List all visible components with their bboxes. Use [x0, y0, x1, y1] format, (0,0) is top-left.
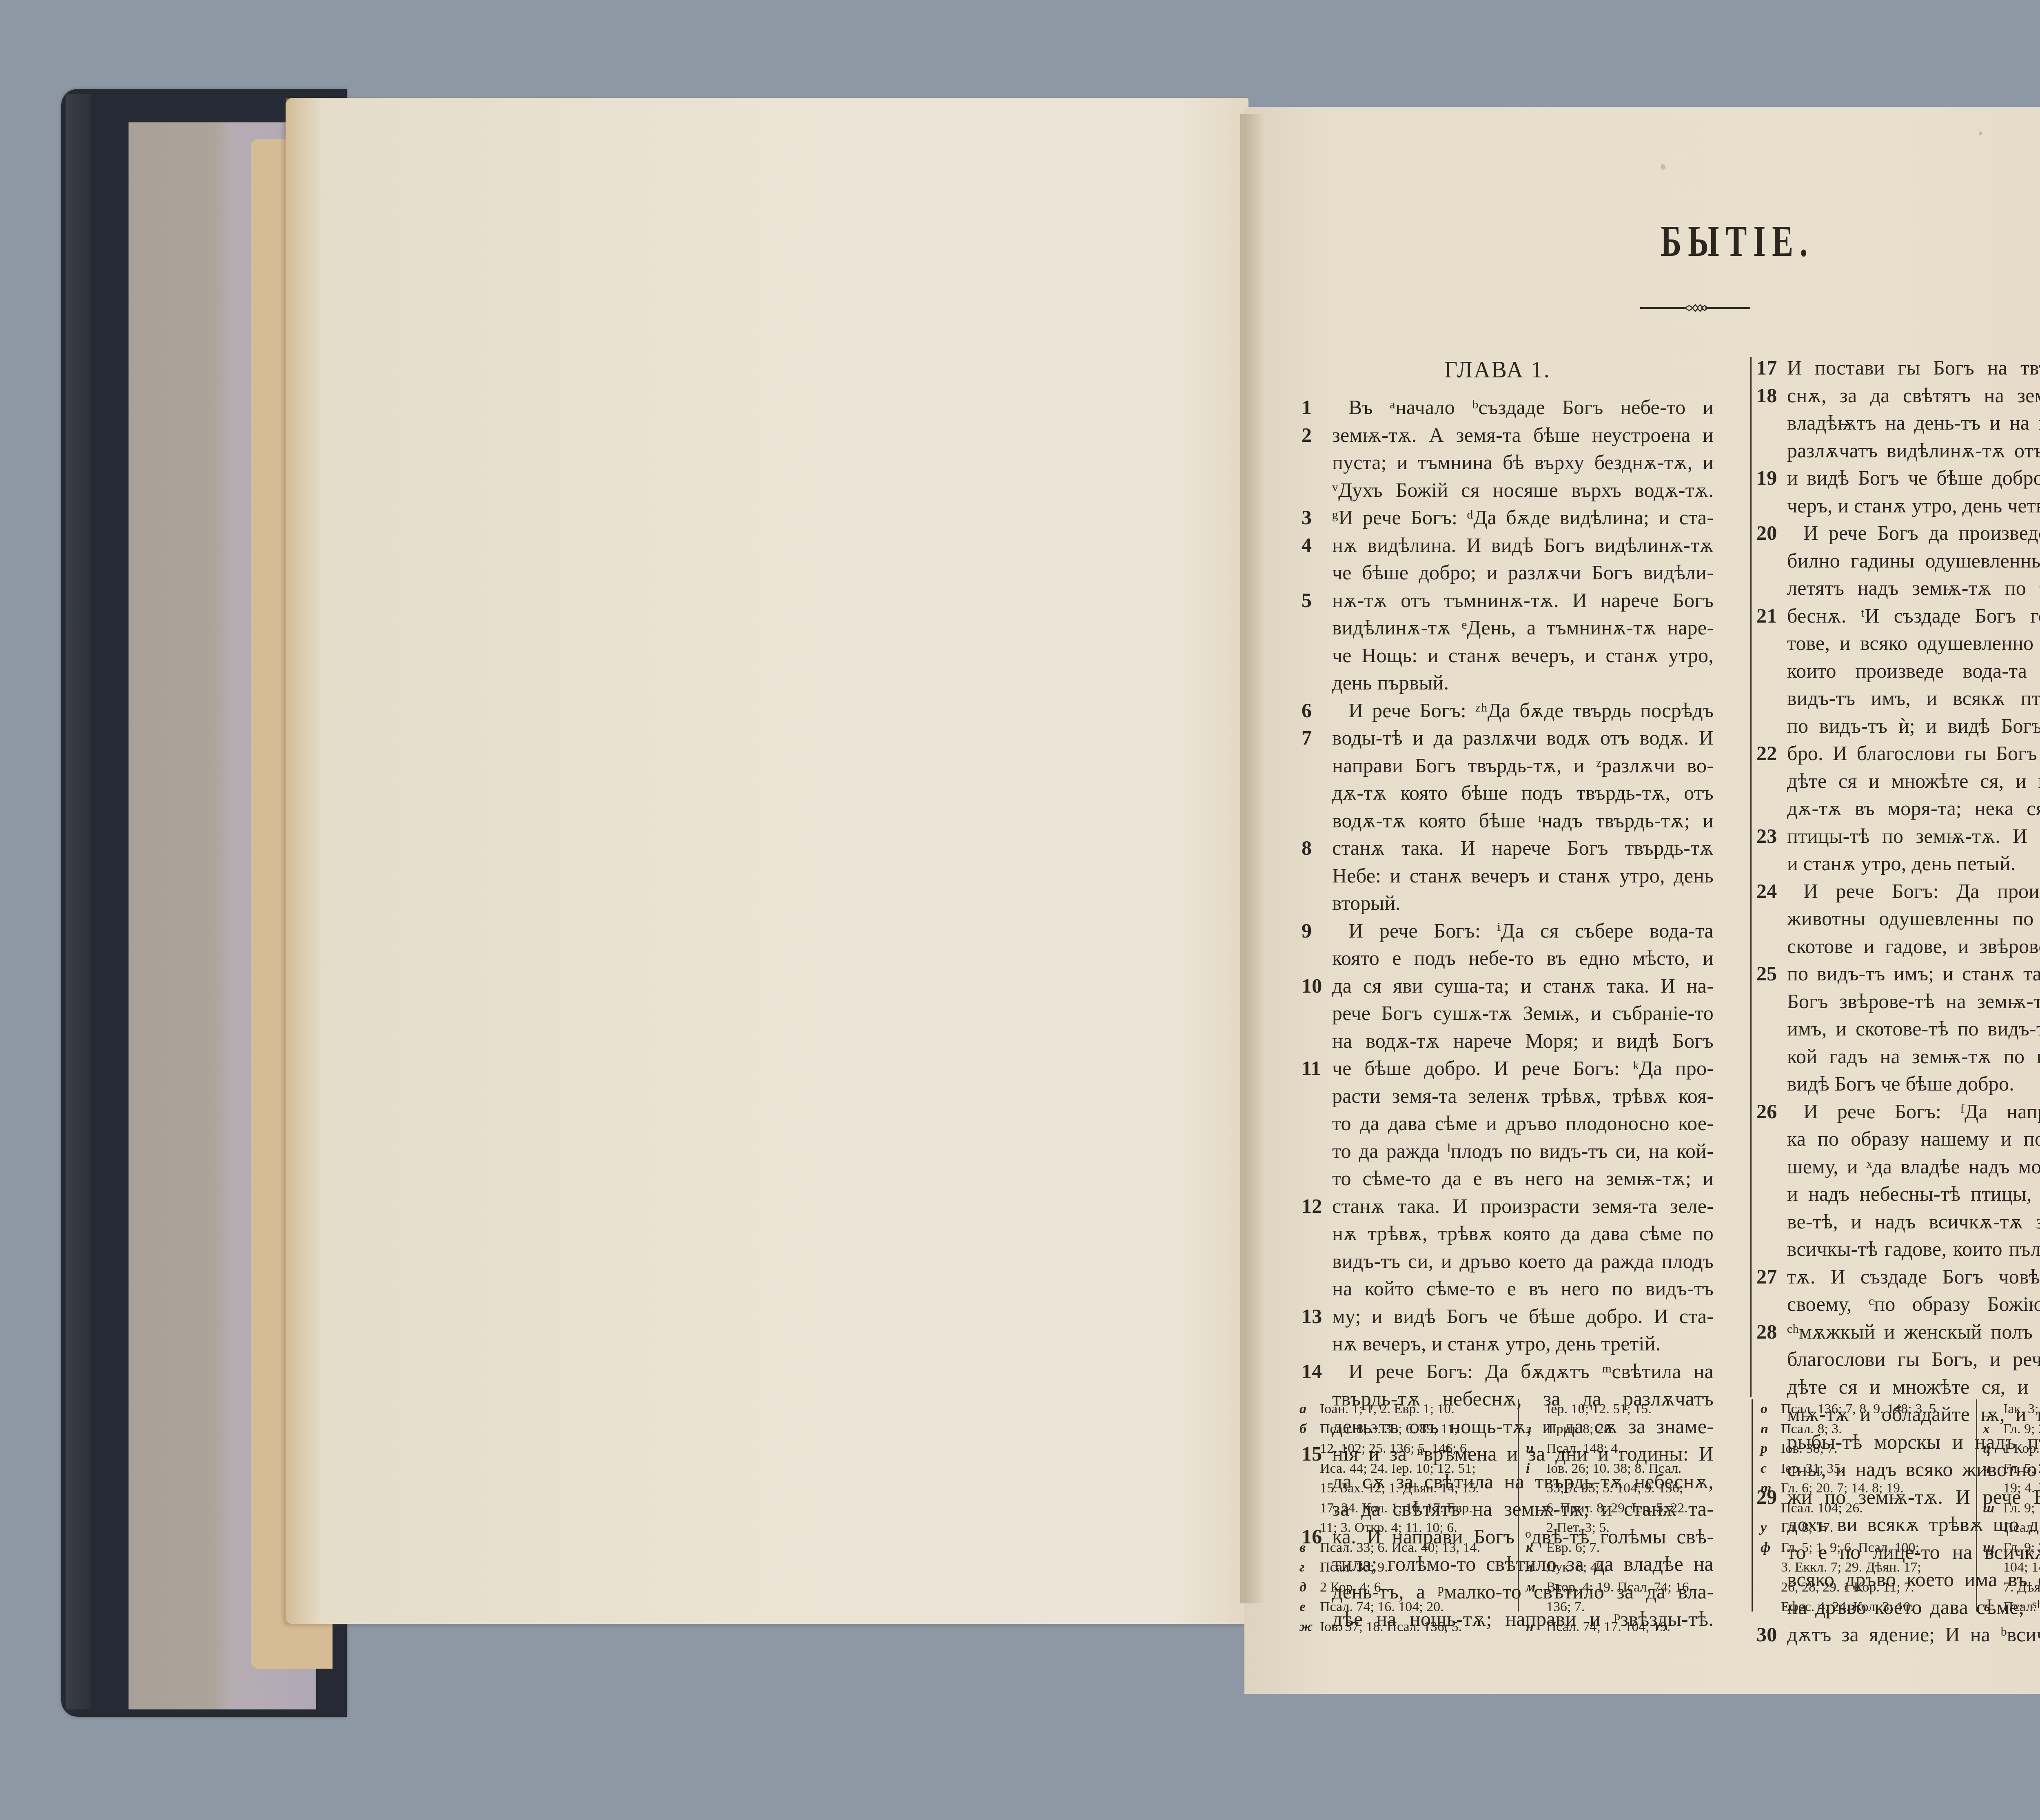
footnotes-column-4: Іак. 3; 9.хГл. 9; 2. Псал. 8; 6.ц1 Кор. …: [1983, 1399, 2040, 1617]
verse-line: то да ражда ˡплодъ по видъ-тъ си, на кой…: [1302, 1137, 1714, 1165]
footnote-text: Псал. 104; 26.: [1781, 1501, 1863, 1516]
verse-text: и видѣ Богъ че бѣше добро. И станѫ ве-: [1787, 466, 2040, 489]
verse-text: беснѫ. ᵗИ създаде Богъ голѣмы-тѣ кы-: [1787, 604, 2040, 627]
footnote-text: Псал. 8; 3.: [1781, 1421, 1842, 1436]
footnote-text: 136; 7.: [1546, 1599, 1585, 1614]
cross-reference: оПсал. 136; 7, 8, 9. 148; 3, 5.: [1761, 1399, 1973, 1419]
verse-line: билно гадины одушевленны, и птицы да: [1756, 547, 2040, 575]
verse-text: видъ-тъ си, и дръво което да ражда плодъ: [1332, 1250, 1714, 1272]
verse-line: летятъ надъ земѭ-тѫ по твърдь-тѫ не-: [1756, 574, 2040, 602]
verse-text: животны одушевленны по видъ-тъ имъ,: [1787, 907, 2040, 930]
cross-reference: жІов. 37; 18. Псал. 136; 5.: [1299, 1617, 1512, 1637]
verse-line: видѣ Богъ че бѣше добро.: [1756, 1070, 2040, 1098]
footnote-text: Псал. 74; 16. 104; 20.: [1320, 1599, 1444, 1614]
verse-text: на водѫ-тѫ нарече Моря; и видѣ Богъ: [1332, 1029, 1714, 1052]
footnote-text: Іак. 3; 9.: [2003, 1401, 2040, 1417]
verse-number: 3: [1302, 504, 1326, 532]
verse-line: благослови гы Богъ, и рече имъ: ˢʰПло-: [1756, 1346, 2040, 1373]
verse-text: разлѫчатъ видѣлинѫ-тѫ отъ тъмнинѫ-тѫ;: [1787, 439, 2040, 462]
verse-text: нѫ-тѫ отъ тъмнинѫ-тѫ. И нарече Богъ: [1332, 589, 1714, 612]
verse-line: видъ-тъ имъ, и всякѫ птицѫ крылатѫ: [1756, 685, 2040, 712]
verse-line: 24И рече Богъ: Да произведе земя-та: [1756, 878, 2040, 905]
footnote-text: Іов. 37; 18. Псал. 136; 5.: [1320, 1619, 1462, 1634]
verse-text: день първый.: [1332, 671, 1449, 694]
footnote-text: 11; 3. Откр. 4; 11. 10; 6.: [1320, 1520, 1457, 1535]
cross-reference: уГл. 8; 17.: [1761, 1518, 1973, 1538]
verse-number: 20: [1756, 519, 1781, 547]
cross-reference: д2 Кор. 4; 6.: [1299, 1578, 1512, 1598]
verse-text: ка по образу нашему и по подобію на-: [1787, 1127, 2040, 1150]
verse-text: всичкы-тѣ гадове, които пълзятъ по земѭ-: [1787, 1237, 2040, 1260]
verse-text: рече Богъ сушѫ-тѫ Земѭ, и събраніе-то: [1332, 1002, 1714, 1024]
verse-line: 18снѫ, за да свѣтятъ на земѭ-тѫ; И ᶜда: [1756, 382, 2040, 410]
footnote-text: 6. Прит. 8; 29. Іер. 5; 22.: [1546, 1501, 1688, 1516]
cross-reference: іІов. 26; 10. 38; 8. Псал.: [1526, 1459, 1746, 1479]
footnote-text: Гл. 5; 1. 9; 6. Псал. 100;: [1781, 1540, 1919, 1555]
verse-line: кой гадъ на земѭ-тѫ по видъ-тъ му; и: [1756, 1043, 2040, 1071]
verse-text: ᵛДухъ Божій ся носяше върхъ водѫ-тѫ.: [1332, 479, 1714, 501]
column-divider: [1750, 357, 1752, 1397]
footnote-text: Гл. 9; 2. Псал. 8; 6.: [2003, 1421, 2040, 1436]
verse-text: пуста; и тъмнина бѣ върху безднѫ-тѫ, и: [1332, 451, 1714, 474]
verse-text: благослови гы Богъ, и рече имъ: ˢʰПло-: [1787, 1348, 2040, 1370]
verse-number: 8: [1302, 834, 1326, 862]
verse-text: нѫ вечеръ, и станѫ утро, день третій.: [1332, 1332, 1661, 1355]
cross-reference: Іак. 3; 9.: [1983, 1399, 2040, 1419]
verse-number: 12: [1302, 1193, 1326, 1220]
footnote-text: Псал. 8; 3. 33; 6. 89; 11,: [1320, 1421, 1458, 1436]
verse-line: 9И рече Богъ: ⁱДа ся събере вода-та: [1302, 917, 1714, 945]
verse-text: че бѣше добро. И рече Богъ: ᵏДа про-: [1332, 1057, 1714, 1080]
chapter-heading: ГЛАВА 1.: [1444, 357, 1551, 383]
verse-number: 17: [1756, 354, 1781, 382]
verse-line: 27тѫ. И създаде Богъ човѣка по образу: [1756, 1263, 2040, 1291]
verse-line: вторый.: [1302, 889, 1714, 917]
verse-line: 5нѫ-тѫ отъ тъмнинѫ-тѫ. И нарече Богъ: [1302, 587, 1714, 614]
footnotes-column-2: Іер. 10; 12. 51; 15.зПрит. 8; 28.иПсал. …: [1526, 1399, 1746, 1637]
verse-number: 25: [1756, 960, 1781, 988]
footnote-text: 26, 28, 29. 1 Кор. 11; 7.: [1781, 1580, 1914, 1595]
footnote-marker: б: [1299, 1419, 1306, 1439]
verse-number: 26: [1756, 1098, 1781, 1126]
footnote-text: Іов. 38; 7.: [1781, 1441, 1838, 1456]
verse-text: владѣѭтъ на день-тъ и на нощь-тѫ, и да: [1787, 411, 2040, 434]
footnote-text: Псал. 33; 9.: [1320, 1560, 1388, 1575]
verse-line: на който сѣме-то е въ него по видъ-тъ: [1302, 1275, 1714, 1303]
book-gutter-shadow: [1240, 114, 1265, 1603]
verse-text: че Нощь: и станѫ вечеръ, и станѫ утро,: [1332, 644, 1714, 667]
footnote-text: Псал. 33; 6. Иса. 40; 13, 14.: [1320, 1540, 1480, 1555]
verse-line: направи Богъ твърдь-тѫ, и ᶻразлѫчи во-: [1302, 752, 1714, 780]
footnote-divider: [1518, 1399, 1519, 1612]
footnote-text: 7. Дѣян. 14; 17.: [2003, 1580, 2040, 1595]
verse-text: и станѫ утро, день петый.: [1787, 852, 2016, 875]
cross-reference: 33; 7. 95; 5. 104; 9. 136;: [1526, 1479, 1746, 1499]
verse-text: видъ-тъ имъ, и всякѫ птицѫ крылатѫ: [1787, 687, 2040, 709]
footnote-text: Евр. 6; 7.: [1546, 1540, 1600, 1555]
verse-line: 13му; и видѣ Богъ че бѣше добро. И ста-: [1302, 1303, 1714, 1330]
footnote-text: 33; 7. 95; 5. 104; 9. 136;: [1546, 1481, 1683, 1496]
verse-line: 19и видѣ Богъ че бѣше добро. И станѫ ве-: [1756, 464, 2040, 492]
verse-text: черъ, и станѫ утро, день четвъртый.: [1787, 494, 2040, 517]
verse-number: 19: [1756, 464, 1781, 492]
cross-reference: иПсал. 148; 4.: [1526, 1439, 1746, 1459]
verse-text: направи Богъ твърдь-тѫ, и ᶻразлѫчи во-: [1332, 754, 1714, 777]
footnote-text: 1 Кор. 11; 7.: [2003, 1441, 2040, 1456]
verse-line: то да дава сѣме и дръво плодоносно кое-: [1302, 1110, 1714, 1137]
verse-number: 5: [1302, 587, 1326, 614]
verse-line: видъ-тъ си, и дръво което да ражда плодъ: [1302, 1248, 1714, 1275]
verse-line: животны одушевленны по видъ-тъ имъ,: [1756, 905, 2040, 933]
verse-line: 20И рече Богъ да произведе вода-та изо-: [1756, 519, 2040, 547]
footnote-text: 3. Еккл. 7; 29. Дѣян. 17;: [1781, 1560, 1921, 1575]
verse-line: които произведе вода-та изобилно по: [1756, 657, 2040, 685]
verse-line: 12станѫ така. И произрасти земя-та зеле-: [1302, 1193, 1714, 1220]
footnote-text: Ефес. 4; 24. Кол. 3; 10.: [1781, 1599, 1914, 1614]
footnote-text: Иса. 44; 24. Іер. 10; 12. 51;: [1320, 1461, 1476, 1476]
footnote-divider: [1752, 1399, 1753, 1612]
verse-line: всичкы-тѣ гадове, които пълзятъ по земѭ-: [1756, 1235, 2040, 1263]
verse-text: и надъ небесны-тѣ птицы, и надъ ското-: [1787, 1182, 2040, 1205]
verse-text: тѫ. И създаде Богъ човѣка по образу: [1787, 1265, 2040, 1288]
verse-text: да ся яви суша-та; и станѫ така. И на-: [1332, 974, 1714, 997]
verse-number: 23: [1756, 822, 1781, 850]
verse-number: 13: [1302, 1303, 1326, 1330]
verse-text: нѫ трѣвѫ, трѣвѫ която да дава сѣме по: [1332, 1222, 1714, 1245]
verse-text: летятъ надъ земѭ-тѫ по твърдь-тѫ не-: [1787, 576, 2040, 599]
verse-text: то сѣме-то да е въ него на земѭ-тѫ; и: [1332, 1167, 1714, 1190]
footnote-marker: і: [1526, 1459, 1530, 1479]
verse-line: 1Въ ᵃначало ᵇсъздаде Богъ небе-то и: [1302, 394, 1714, 421]
verse-number: 2: [1302, 421, 1326, 449]
verse-line: 7воды-тѣ и да разлѫчи водѫ отъ водѫ. И: [1302, 724, 1714, 752]
footnote-marker: м: [1526, 1578, 1535, 1598]
verse-text: Богъ звѣрове-тѣ на земѭ-тѫ по видъ-тъ: [1787, 990, 2040, 1013]
footnotes-column-1: аІоан. 1; 1, 2. Евр. 1; 10.бПсал. 8; 3. …: [1299, 1399, 1512, 1637]
verse-line: пуста; и тъмнина бѣ върху безднѫ-тѫ, и: [1302, 449, 1714, 477]
verse-text: расти земя-та зеленѫ трѣвѫ, трѣвѫ коя-: [1332, 1084, 1714, 1107]
verse-line: на водѫ-тѫ нарече Моря; и видѣ Богъ: [1302, 1027, 1714, 1055]
footnote-marker: и: [1526, 1439, 1534, 1459]
footnote-marker: ц: [1983, 1439, 1991, 1459]
verse-text: по видъ-тъ имъ; и станѫ така. И направи: [1787, 962, 2040, 985]
verse-text: ᵍИ рече Богъ: ᵈДа бѫде видѣлина; и ста-: [1332, 506, 1714, 529]
verse-line: водѫ-тѫ която бѣше ᶦнадъ твърдь-тѫ; и: [1302, 807, 1714, 835]
cross-reference: 17; 24. Кол. 1; 16, 17. Евр.: [1299, 1499, 1512, 1519]
verse-line: 14И рече Богъ: Да бѫдѫтъ ᵐсвѣтила на: [1302, 1358, 1714, 1386]
cross-reference: фГл. 5; 1. 9; 6. Псал. 100;: [1761, 1538, 1973, 1558]
footnote-text: Псал. 74; 17. 104; 19.: [1546, 1619, 1670, 1634]
footnote-text: Іоан. 1; 1, 2. Евр. 1; 10.: [1320, 1401, 1455, 1417]
footnote-text: Прит. 8; 28.: [1546, 1421, 1614, 1436]
cross-reference: еПсал. 74; 16. 104; 20.: [1299, 1597, 1512, 1617]
footnote-text: Псал. 136; 7, 8, 9. 148; 3, 5.: [1781, 1401, 1940, 1417]
footnote-text: Псал. 145; 15, 16. 147; 9.: [2003, 1599, 2040, 1614]
verse-number: 24: [1756, 878, 1781, 905]
verse-text: ве-тѣ, и надъ всичкѫ-тѫ земѭ, и надъ: [1787, 1210, 2040, 1233]
cross-reference: 19; 4. Марк. 10; 6.: [1983, 1479, 2040, 1499]
verse-line: расти земя-та зеленѫ трѣвѫ, трѣвѫ коя-: [1302, 1082, 1714, 1110]
cross-reference: 12. 102; 25. 136; 5. 146; 6.: [1299, 1439, 1512, 1459]
footnote-marker: ч: [1983, 1459, 1990, 1479]
verse-number: 1: [1302, 394, 1326, 421]
footnotes-column-3: оПсал. 136; 7, 8, 9. 148; 3, 5.пПсал. 8;…: [1761, 1399, 1973, 1617]
verse-text: дѫтъ за ядение; И на ᵇвсичкы-тѣ живот-: [1787, 1623, 2040, 1646]
cross-reference: аІоан. 1; 1, 2. Евр. 1; 10.: [1299, 1399, 1512, 1419]
verse-number: 30: [1756, 1621, 1781, 1649]
footnote-marker: о: [1761, 1399, 1767, 1419]
verse-number: 4: [1302, 532, 1326, 559]
book-spine-edge: [66, 94, 91, 1709]
verse-text: видѣлинѫ-тѫ ᵉДень, а тъмнинѫ-тѫ наре-: [1332, 616, 1714, 639]
verse-text: скотове и гадове, и звѣрове на земѭ-тѫ: [1787, 935, 2040, 958]
verse-text: И рече Богъ да произведе вода-та изо-: [1787, 521, 2040, 544]
verse-line: ве-тѣ, и надъ всичкѫ-тѫ земѭ, и надъ: [1756, 1208, 2040, 1236]
verse-line: че Нощь: и станѫ вечеръ, и станѫ утро,: [1302, 642, 1714, 669]
cross-reference: бПсал. 8; 3. 33; 6. 89; 11,: [1299, 1419, 1512, 1439]
verse-line: нѫ трѣвѫ, трѣвѫ която да дава сѣме по: [1302, 1220, 1714, 1248]
footnote-marker: л: [1526, 1558, 1533, 1578]
verse-text: бро. И благослови гы Богъ и рече: ʸПло-: [1787, 742, 2040, 765]
verse-line: че бѣше добро; и разлѫчи Богъ видѣли-: [1302, 559, 1714, 587]
footnote-marker: ъ: [1983, 1597, 1990, 1617]
verse-text: дѫ-тѫ въ моря-та; нека ся умножатъ и: [1787, 797, 2040, 820]
verse-number: 18: [1756, 382, 1781, 410]
verse-line: ᵛДухъ Божій ся носяше върхъ водѫ-тѫ.: [1302, 477, 1714, 504]
cross-reference: мВтор. 4; 19. Псал. 74; 16.: [1526, 1578, 1746, 1598]
verse-text: Небе: и станѫ вечеръ и станѫ утро, день: [1332, 864, 1714, 887]
cross-reference: лЛук. 6; 44.: [1526, 1558, 1746, 1578]
footnote-marker: с: [1761, 1459, 1767, 1479]
footnote-text: Гл. 9; 3. Іов. 36; 31. Псал.: [2003, 1540, 2040, 1555]
cross-reference: 7. Дѣян. 14; 17.: [1983, 1578, 2040, 1598]
cross-reference: гПсал. 33; 9.: [1299, 1558, 1512, 1578]
verse-number: 11: [1302, 1055, 1326, 1082]
footnote-marker: г: [1299, 1558, 1305, 1578]
verse-text: билно гадины одушевленны, и птицы да: [1787, 549, 2040, 572]
verse-line: скотове и гадове, и звѣрове на земѭ-тѫ: [1756, 933, 2040, 960]
ornament-divider-icon: [1640, 304, 1750, 312]
verse-text: то да дава сѣме и дръво плодоносно кое-: [1332, 1112, 1714, 1135]
cross-reference: 26, 28, 29. 1 Кор. 11; 7.: [1761, 1578, 1973, 1598]
footnote-text: 104; 14, 15. 136; 25. 146;: [2003, 1560, 2040, 1575]
foxing-spot: [1979, 131, 1982, 135]
verse-text: вторый.: [1332, 891, 1401, 914]
verse-line: 25по видъ-тъ имъ; и станѫ така. И направ…: [1756, 960, 2040, 988]
verse-line: 30дѫтъ за ядение; И на ᵇвсичкы-тѣ живот-: [1756, 1621, 2040, 1649]
footnote-text: Іер. 10; 12. 51; 15.: [1546, 1401, 1652, 1417]
footnote-text: 19; 4. Марк. 10; 6.: [2003, 1481, 2040, 1496]
verse-text: ᶜʰмѫжкый и женскый полъ гы създаде. И: [1787, 1320, 2040, 1343]
verse-line: 4нѫ видѣлина. И видѣ Богъ видѣлинѫ-тѫ: [1302, 532, 1714, 559]
footnote-marker: р: [1761, 1439, 1767, 1459]
verse-number: 22: [1756, 740, 1781, 767]
verse-text: шему, и ˣда владѣе надъ морскы-тѣ рыбы: [1787, 1155, 2040, 1178]
verse-text: птицы-тѣ по земѭ-тѫ. И станѫ вечеръ,: [1787, 825, 2040, 847]
footnote-text: Іов. 26; 10. 38; 8. Псал.: [1546, 1461, 1681, 1476]
verse-line: нѫ вечеръ, и станѫ утро, день третій.: [1302, 1330, 1714, 1358]
cross-reference: Псал. 104; 26.: [1761, 1499, 1973, 1519]
footnote-text: Гл. 6; 20. 7; 14. 8; 19.: [1781, 1481, 1903, 1496]
verse-number: 9: [1302, 917, 1326, 945]
verse-text: по видъ-тъ ѝ; и видѣ Богъ че бѣше до-: [1787, 714, 2040, 737]
footnote-marker: щ: [1983, 1538, 1994, 1558]
verse-line: и надъ небесны-тѣ птицы, и надъ ското-: [1756, 1180, 2040, 1208]
verse-line: имъ, и скотове-тѣ по видъ-тъ имъ, и вся-: [1756, 1015, 2040, 1043]
verse-number: 27: [1756, 1263, 1781, 1291]
cross-reference: 136; 7.: [1526, 1597, 1746, 1617]
verse-text: която е подъ небе-то въ едно мѣсто, и: [1332, 947, 1714, 969]
verse-text: Въ ᵃначало ᵇсъздаде Богъ небе-то и: [1332, 396, 1714, 419]
footnote-marker: п: [1761, 1419, 1768, 1439]
cross-reference: пПсал. 8; 3.: [1761, 1419, 1973, 1439]
verse-text: тове, и всяко одушевленно що ся движи,: [1787, 632, 2040, 654]
cross-reference: Иса. 44; 24. Іер. 10; 12. 51;: [1299, 1459, 1512, 1479]
verse-line: видѣлинѫ-тѫ ᵉДень, а тъмнинѫ-тѫ наре-: [1302, 614, 1714, 642]
verse-line: 28ᶜʰмѫжкый и женскый полъ гы създаде. И: [1756, 1318, 2040, 1346]
footnote-text: Гл. 8; 17.: [1781, 1520, 1834, 1535]
cross-reference: Ефес. 4; 24. Кол. 3; 10.: [1761, 1597, 1973, 1617]
verse-number: 10: [1302, 972, 1326, 1000]
verse-text: И рече Богъ: ᶻʰДа бѫде твърдь посрѣдъ: [1332, 699, 1714, 722]
verse-text: които произведе вода-та изобилно по: [1787, 659, 2040, 682]
verse-text: станѫ така. И произрасти земя-та зеле-: [1332, 1195, 1714, 1217]
book-title: БЫТІЕ.: [1661, 216, 1814, 267]
verse-text: то да ражда ˡплодъ по видъ-тъ си, на кой…: [1332, 1139, 1714, 1162]
verse-line: 17И постави гы Богъ на твърдь-тѫ небе-: [1756, 354, 2040, 382]
verse-text: на който сѣме-то е въ него по видъ-тъ: [1332, 1277, 1714, 1300]
footnote-marker: з: [1526, 1419, 1531, 1439]
verse-line: която е подъ небе-то въ едно мѣсто, и: [1302, 944, 1714, 972]
footnote-marker: ш: [1983, 1499, 1994, 1519]
verse-text: снѫ, за да свѣтятъ на земѭ-тѫ; И ᶜда: [1787, 384, 2040, 407]
footnote-text: 12. 102; 25. 136; 5. 146; 6.: [1320, 1441, 1470, 1456]
verse-line: 2земѭ-тѫ. А земя-та бѣше неустроена и: [1302, 421, 1714, 449]
verse-line: 21беснѫ. ᵗИ създаде Богъ голѣмы-тѣ кы-: [1756, 602, 2040, 630]
footnote-marker: е: [1299, 1597, 1306, 1617]
cross-reference: 3. Еккл. 7; 29. Дѣян. 17;: [1761, 1558, 1973, 1578]
cross-reference: Псал. 127; 3. 128; 3, 4.: [1983, 1518, 2040, 1538]
verse-number: 6: [1302, 697, 1326, 725]
cross-reference: 6. Прит. 8; 29. Іер. 5; 22.: [1526, 1499, 1746, 1519]
page-stain: [286, 98, 322, 1624]
cross-reference: вПсал. 33; 6. Иса. 40; 13, 14.: [1299, 1538, 1512, 1558]
footnote-marker: в: [1299, 1538, 1306, 1558]
verse-text: земѭ-тѫ. А земя-та бѣше неустроена и: [1332, 423, 1714, 446]
footnote-text: Псал. 148; 4.: [1546, 1441, 1621, 1456]
verse-line: 26И рече Богъ: ᶠДа направимъ човѣ-: [1756, 1098, 2040, 1126]
verse-line: Богъ звѣрове-тѣ на земѭ-тѫ по видъ-тъ: [1756, 988, 2040, 1015]
verse-number: 14: [1302, 1358, 1326, 1386]
footnote-marker: а: [1299, 1399, 1306, 1419]
footnote-text: 2 Кор. 4; 6.: [1320, 1580, 1384, 1595]
verse-text: дѣте ся и множѣте ся, и напълнѣте во-: [1787, 769, 2040, 792]
cross-reference: Іер. 10; 12. 51; 15.: [1526, 1399, 1746, 1419]
cross-reference: зПрит. 8; 28.: [1526, 1419, 1746, 1439]
verse-line: разлѫчатъ видѣлинѫ-тѫ отъ тъмнинѫ-тѫ;: [1756, 437, 2040, 465]
footnote-text: Гл. 9; 1, 7. Лев. 26; 9.: [2003, 1501, 2040, 1516]
footnote-text: Гл. 5; 2. Мал. 2; 15. Мат.: [2003, 1461, 2040, 1476]
verse-text: кой гадъ на земѭ-тѫ по видъ-тъ му; и: [1787, 1045, 2040, 1068]
cross-reference: 11; 3. Откр. 4; 11. 10; 6.: [1299, 1518, 1512, 1538]
verse-text: му; и видѣ Богъ че бѣше добро. И ста-: [1332, 1305, 1714, 1328]
footnote-marker: д: [1299, 1578, 1306, 1598]
verse-text: видѣ Богъ че бѣше добро.: [1787, 1072, 2014, 1095]
verse-text: нѫ видѣлина. И видѣ Богъ видѣлинѫ-тѫ: [1332, 534, 1714, 556]
verse-line: 3ᵍИ рече Богъ: ᵈДа бѫде видѣлина; и ста-: [1302, 504, 1714, 532]
verse-text: станѫ така. И нарече Богъ твърдь-тѫ: [1332, 836, 1714, 859]
verse-line: 8станѫ така. И нарече Богъ твърдь-тѫ: [1302, 834, 1714, 862]
left-page-blank[interactable]: [286, 98, 1248, 1624]
footnote-text: 17; 24. Кол. 1; 16, 17. Евр.: [1320, 1501, 1472, 1516]
verse-line: дѣте ся и множѣте ся, и напълнѣте во-: [1756, 767, 2040, 795]
footnote-text: Псал. 127; 3. 128; 3, 4.: [2003, 1520, 2040, 1535]
verse-line: 6И рече Богъ: ᶻʰДа бѫде твърдь посрѣдъ: [1302, 697, 1714, 725]
verse-line: ка по образу нашему и по подобію на-: [1756, 1125, 2040, 1153]
verse-text: И постави гы Богъ на твърдь-тѫ небе-: [1787, 356, 2040, 379]
verse-text: дѫ-тѫ която бѣше подъ твърдь-тѫ, отъ: [1332, 781, 1714, 804]
verse-text: И рече Богъ: Да произведе земя-та: [1787, 880, 2040, 902]
verse-line: дѫ-тѫ въ моря-та; нека ся умножатъ и: [1756, 795, 2040, 822]
cross-reference: сІер. 31; 35.: [1761, 1459, 1973, 1479]
verse-line: Небе: и станѫ вечеръ и станѫ утро, день: [1302, 862, 1714, 890]
footnote-marker: у: [1761, 1518, 1767, 1538]
footnote-marker: х: [1983, 1419, 1990, 1439]
footnote-text: Іер. 31; 35.: [1781, 1461, 1844, 1476]
verse-number: 7: [1302, 724, 1326, 752]
verse-line: шему, и ˣда владѣе надъ морскы-тѣ рыбы: [1756, 1153, 2040, 1181]
verse-line: рече Богъ сушѫ-тѫ Земѭ, и събраніе-то: [1302, 1000, 1714, 1027]
footnote-text: Лук. 6; 44.: [1546, 1560, 1608, 1575]
verse-text: имъ, и скотове-тѣ по видъ-тъ имъ, и вся-: [1787, 1017, 2040, 1040]
cross-reference: хГл. 9; 2. Псал. 8; 6.: [1983, 1419, 2040, 1439]
verse-text: И рече Богъ: Да бѫдѫтъ ᵐсвѣтила на: [1332, 1360, 1714, 1383]
cross-reference: ъПсал. 145; 15, 16. 147; 9.: [1983, 1597, 2040, 1617]
verse-line: то сѣме-то да е въ него на земѭ-тѫ; и: [1302, 1165, 1714, 1193]
footnote-text: 2 Пет. 3; 5.: [1546, 1520, 1610, 1535]
verse-number: 21: [1756, 602, 1781, 630]
verse-line: день първый.: [1302, 669, 1714, 697]
verse-line: 11че бѣше добро. И рече Богъ: ᵏДа про-: [1302, 1055, 1714, 1082]
cross-reference: тГл. 6; 20. 7; 14. 8; 19.: [1761, 1479, 1973, 1499]
verse-line: владѣѭтъ на день-тъ и на нощь-тѫ, и да: [1756, 409, 2040, 437]
verse-number: 28: [1756, 1318, 1781, 1346]
verse-line: дѣте ся и множѣте ся, и напълнѣте зе-: [1756, 1373, 2040, 1401]
cross-reference: ц1 Кор. 11; 7.: [1983, 1439, 2040, 1459]
footnote-marker: к: [1526, 1538, 1533, 1558]
verse-line: черъ, и станѫ утро, день четвъртый.: [1756, 492, 2040, 520]
footnote-text: Втор. 4; 19. Псал. 74; 16.: [1546, 1580, 1692, 1595]
cross-reference: нПсал. 74; 17. 104; 19.: [1526, 1617, 1746, 1637]
verse-text: дѣте ся и множѣте ся, и напълнѣте зе-: [1787, 1375, 2040, 1398]
cross-reference: чГл. 5; 2. Мал. 2; 15. Мат.: [1983, 1459, 2040, 1479]
foxing-spot: [1661, 164, 1665, 170]
cross-reference: шГл. 9; 1, 7. Лев. 26; 9.: [1983, 1499, 2040, 1519]
verse-text: своему, ᶜпо образу Божію създаде го:: [1787, 1292, 2040, 1315]
verse-line: своему, ᶜпо образу Божію създаде го:: [1756, 1290, 2040, 1318]
verse-text: водѫ-тѫ която бѣше ᶦнадъ твърдь-тѫ; и: [1332, 809, 1714, 832]
verse-text: И рече Богъ: ⁱДа ся събере вода-та: [1332, 919, 1714, 942]
footnote-marker: ф: [1761, 1538, 1770, 1558]
verse-line: тове, и всяко одушевленно що ся движи,: [1756, 630, 2040, 657]
cross-reference: кЕвр. 6; 7.: [1526, 1538, 1746, 1558]
verse-line: по видъ-тъ ѝ; и видѣ Богъ че бѣше до-: [1756, 712, 2040, 740]
cross-reference: щГл. 9; 3. Іов. 36; 31. Псал.: [1983, 1538, 2040, 1558]
verse-line: и станѫ утро, день петый.: [1756, 850, 2040, 878]
cross-reference: 2 Пет. 3; 5.: [1526, 1518, 1746, 1538]
footnote-text: 15. Зах. 12; 1. Дѣян. 14; 15.: [1320, 1481, 1479, 1496]
cross-reference: рІов. 38; 7.: [1761, 1439, 1973, 1459]
